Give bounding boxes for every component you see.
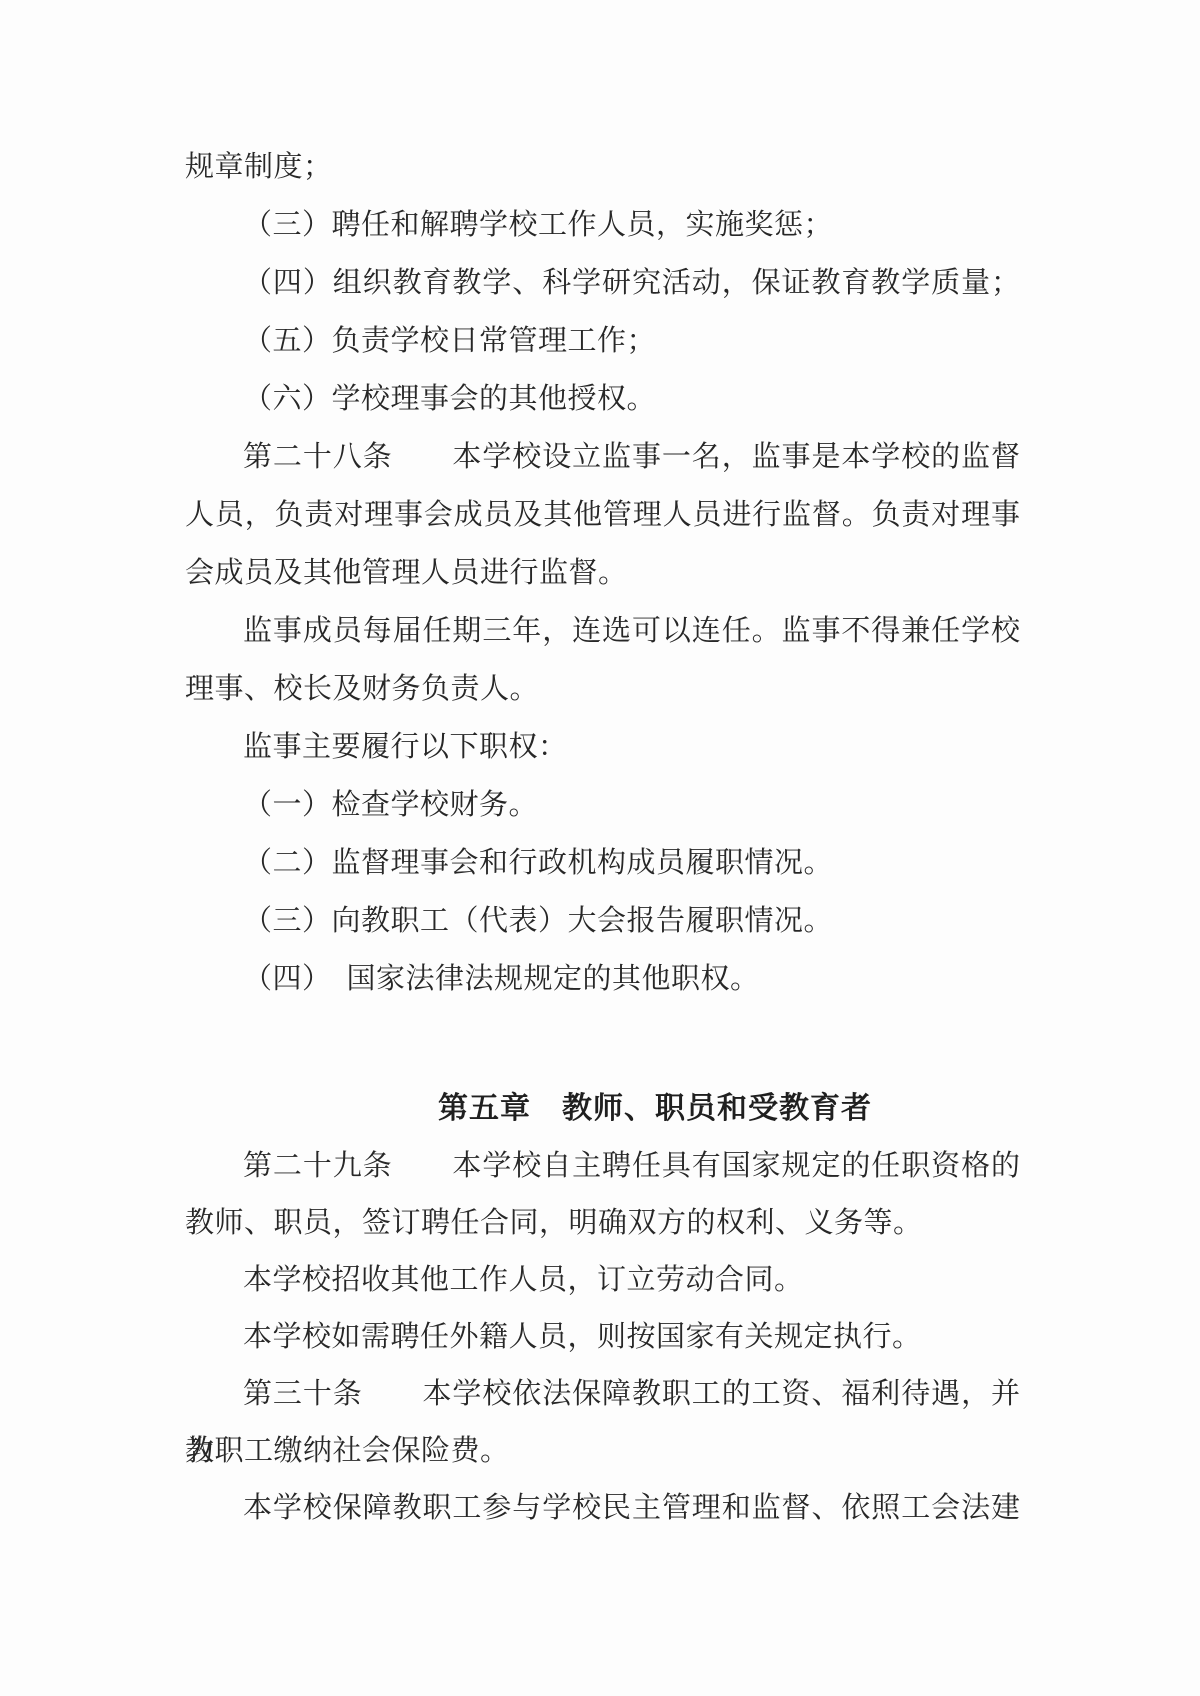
document-line: 理事、校长及财务负责人。	[185, 660, 1020, 718]
document-line: （六）学校理事会的其他授权。	[185, 370, 1020, 428]
document-line: 人员，负责对理事会成员及其他管理人员进行监督。负责对理事	[185, 486, 1020, 544]
document-line: 监事成员每届任期三年，连选可以连任。监事不得兼任学校	[185, 602, 1020, 660]
document-line: 教师、职员，签订聘任合同，明确双方的权利、义务等。	[185, 1195, 1020, 1252]
document-page: 规章制度；（三）聘任和解聘学校工作人员，实施奖惩；（四）组织教育教学、科学研究活…	[0, 0, 1200, 1696]
document-line: 监事主要履行以下职权：	[185, 718, 1020, 776]
document-line: 本学校如需聘任外籍人员，则按国家有关规定执行。	[185, 1309, 1020, 1366]
document-body: 规章制度；（三）聘任和解聘学校工作人员，实施奖惩；（四）组织教育教学、科学研究活…	[185, 138, 1020, 1537]
document-line: 第二十九条 本学校自主聘任具有国家规定的任职资格的	[185, 1138, 1020, 1195]
document-line: 第二十八条 本学校设立监事一名，监事是本学校的监督	[185, 428, 1020, 486]
document-line: 本学校招收其他工作人员，订立劳动合同。	[185, 1252, 1020, 1309]
document-line: （三）向教职工（代表）大会报告履职情况。	[185, 892, 1020, 950]
document-line: （二）监督理事会和行政机构成员履职情况。	[185, 834, 1020, 892]
document-line: 教职工缴纳社会保险费。	[185, 1423, 1020, 1480]
document-line: （三）聘任和解聘学校工作人员，实施奖惩；	[185, 196, 1020, 254]
document-line: 规章制度；	[185, 138, 1020, 196]
section-after-heading: 第二十九条 本学校自主聘任具有国家规定的任职资格的教师、职员，签订聘任合同，明确…	[185, 1138, 1020, 1537]
document-line: （五）负责学校日常管理工作；	[185, 312, 1020, 370]
section-before-heading: 规章制度；（三）聘任和解聘学校工作人员，实施奖惩；（四）组织教育教学、科学研究活…	[185, 138, 1020, 1008]
document-line: （四） 国家法律法规规定的其他职权。	[185, 950, 1020, 1008]
document-line: 会成员及其他管理人员进行监督。	[185, 544, 1020, 602]
document-line: 本学校保障教职工参与学校民主管理和监督、依照工会法建	[185, 1480, 1020, 1537]
document-line: 第三十条 本学校依法保障教职工的工资、福利待遇，并为	[185, 1366, 1020, 1423]
document-line: （一）检查学校财务。	[185, 776, 1020, 834]
chapter-heading: 第五章 教师、职员和受教育者	[185, 1080, 1020, 1138]
document-line: （四）组织教育教学、科学研究活动，保证教育教学质量；	[185, 254, 1020, 312]
